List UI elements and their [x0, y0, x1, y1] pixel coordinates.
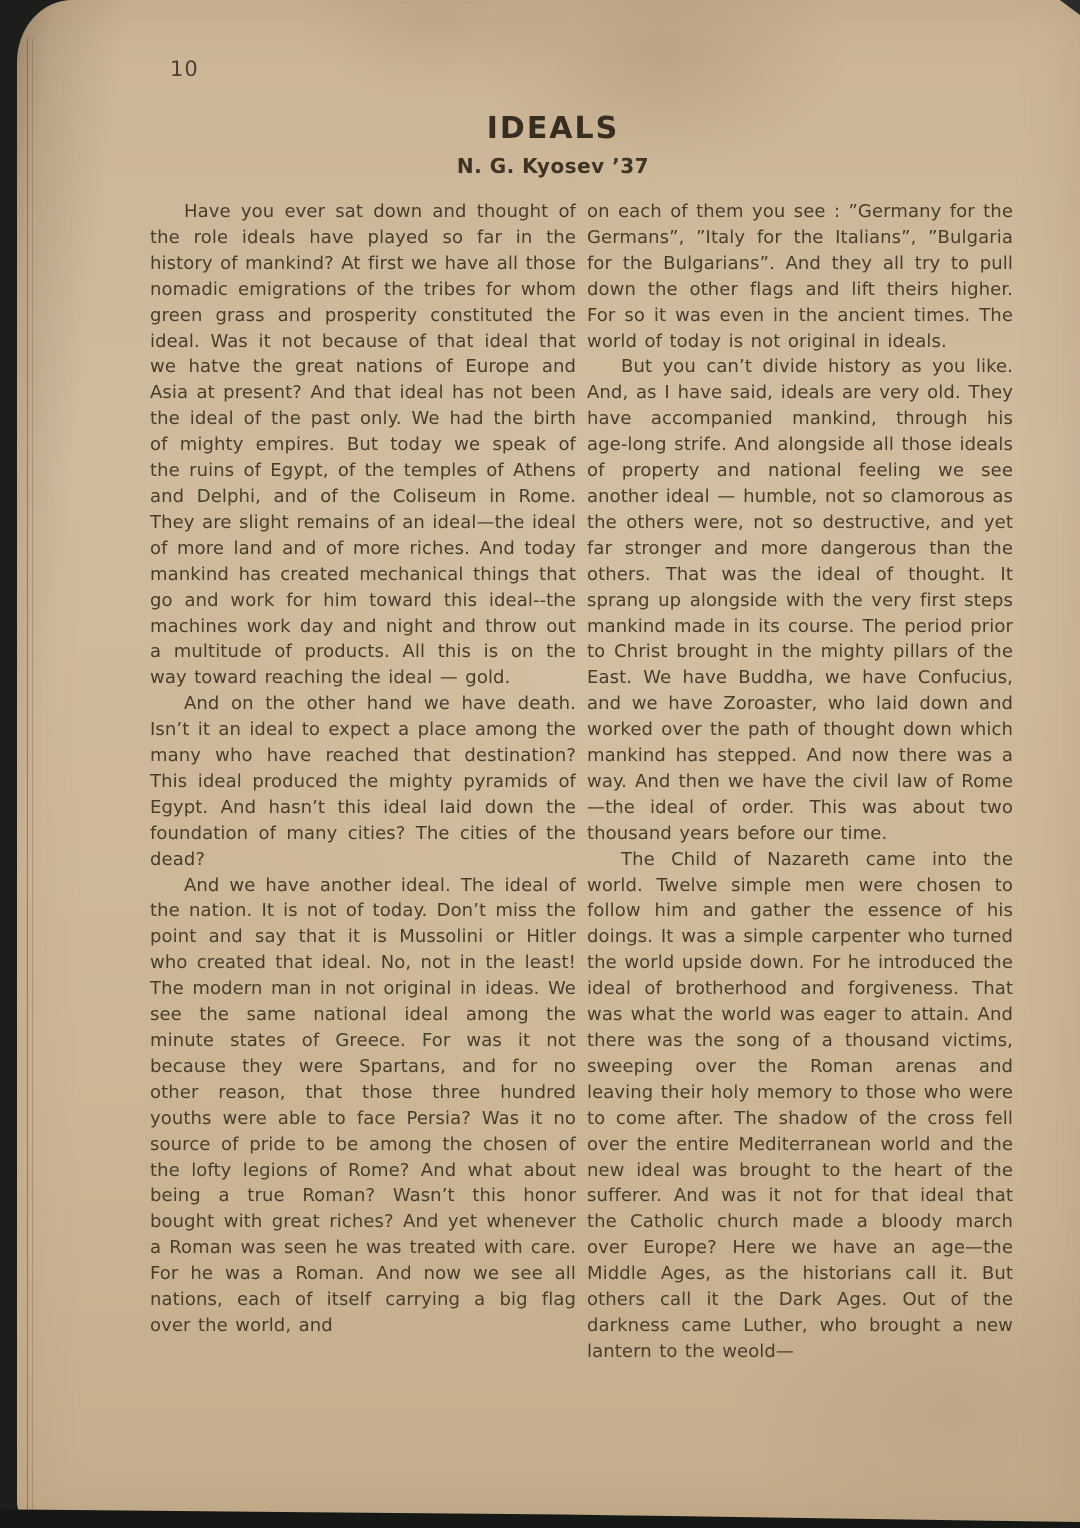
article-columns: Have you ever sat down and thought of th…: [150, 199, 1014, 1365]
article-byline: N. G. Kyosev ’37: [150, 154, 956, 178]
paragraph-right-3: The Child of Nazareth came into the worl…: [587, 847, 1013, 1365]
paragraph-left-3: And we have another ideal. The ideal of …: [150, 873, 576, 1339]
column-left: Have you ever sat down and thought of th…: [150, 199, 576, 1365]
paragraph-left-2: And on the other hand we have death. Isn…: [150, 691, 576, 872]
page-stack-edge: [27, 38, 33, 1520]
page-number: 10: [170, 57, 199, 81]
paragraph-left-1: Have you ever sat down and thought of th…: [150, 199, 576, 691]
scanned-page-scene: 10 IDEALS N. G. Kyosev ’37 Have you ever…: [0, 0, 1080, 1528]
column-right: on each of them you see : ”Germany for t…: [587, 199, 1013, 1365]
paragraph-right-1: on each of them you see : ”Germany for t…: [587, 199, 1013, 354]
paragraph-right-2: But you can’t divide history as you like…: [587, 354, 1013, 846]
article-title: IDEALS: [150, 111, 956, 146]
page-content: 10 IDEALS N. G. Kyosev ’37 Have you ever…: [150, 55, 1014, 1365]
